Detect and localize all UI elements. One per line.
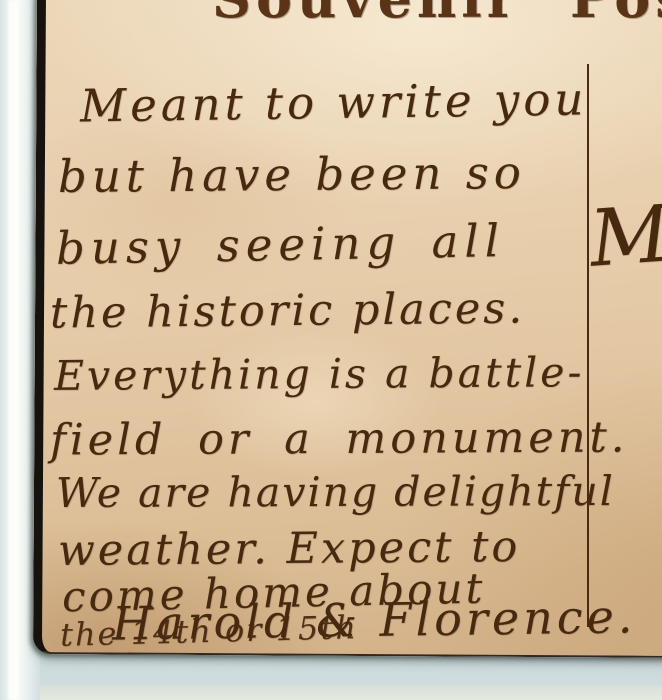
photo-of-postcard: Souvenir Post Meant to write you but hav… (0, 0, 662, 700)
printed-header-text: Souvenir Post (212, 0, 662, 30)
address-side-initial: M (587, 189, 662, 284)
message-line-7: We are having delightful (56, 467, 615, 517)
signature: Harold & Florence. (112, 589, 637, 650)
photo-bottom-strip (0, 684, 662, 700)
message-line-4: the historic places. (50, 284, 526, 339)
message-line-1: Meant to write you (80, 72, 588, 132)
photo-glare-highlight (8, 0, 18, 700)
address-divider-line (587, 64, 589, 627)
message-line-3: busy seeing all (56, 214, 506, 275)
message-line-6: field or a monument. (50, 412, 629, 465)
message-line-5: Everything is a battle- (54, 348, 585, 400)
postcard-printed-header: Souvenir Post (190, 0, 662, 34)
message-line-2: but have been so (58, 146, 526, 203)
